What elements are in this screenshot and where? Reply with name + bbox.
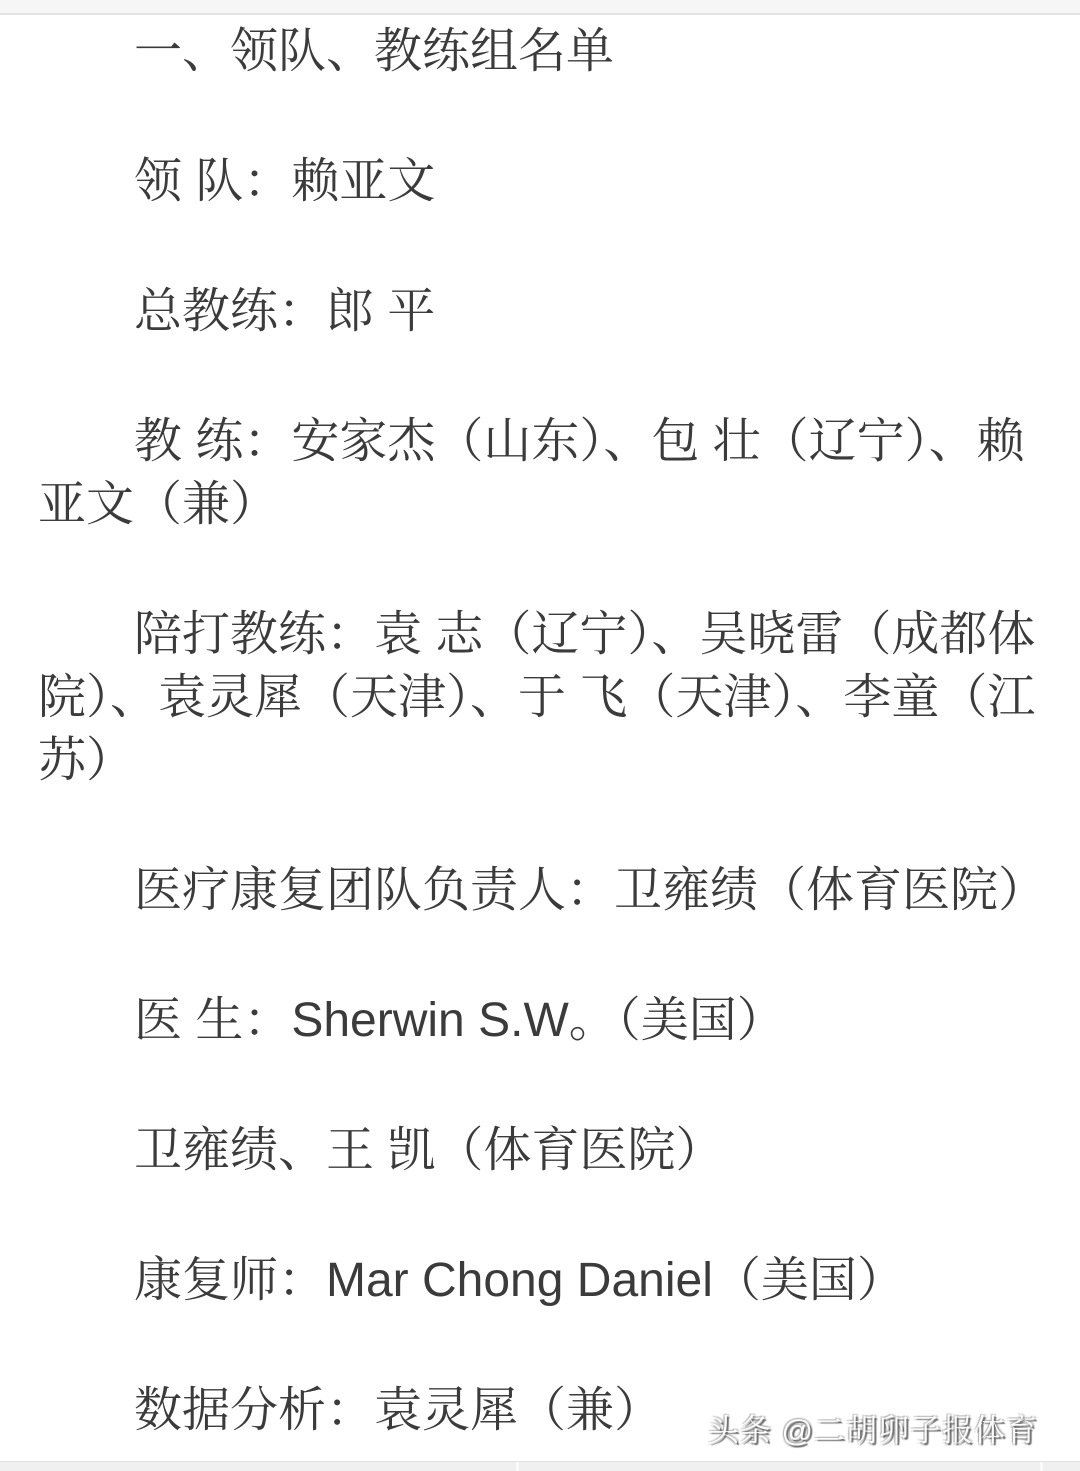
bottom-bar-divider (516, 1462, 519, 1471)
line-medical-rehab-team-lead: 医疗康复团队负责人：卫雍绩（体育医院） (38, 859, 1050, 922)
bottom-bar-divider (1040, 1462, 1043, 1471)
article-page: 一、领队、教练组名单 领 队：赖亚文 总教练：郎 平 教 练：安家杰（山东）、包… (0, 0, 1080, 1471)
line-hospital-physicians: 卫雍绩、王 凯（体育医院） (38, 1119, 1050, 1182)
line-rehab-therapist: 康复师：Mar Chong Daniel（美国） (38, 1249, 1050, 1312)
line-team-leader: 领 队：赖亚文 (38, 150, 1050, 213)
bottom-edge-bar (0, 1461, 1080, 1471)
line-head-coach: 总教练：郎 平 (38, 280, 1050, 343)
toutiao-watermark: 头条 @二胡卵子报体育 (708, 1414, 1038, 1448)
line-coaches: 教 练：安家杰（山东）、包 壮（辽宁）、赖亚文（兼） (38, 410, 1050, 536)
top-edge-bar (0, 0, 1080, 15)
line-sparring-coaches: 陪打教练：袁 志（辽宁）、吴晓雷（成都体院）、袁灵犀（天津）、于 飞（天津）、李… (38, 603, 1050, 792)
section-heading-coaching-staff-list: 一、领队、教练组名单 (38, 20, 1050, 83)
article-body[interactable]: 一、领队、教练组名单 领 队：赖亚文 总教练：郎 平 教 练：安家杰（山东）、包… (0, 15, 1080, 1442)
line-doctor: 医 生：Sherwin S.W。（美国） (38, 989, 1050, 1052)
